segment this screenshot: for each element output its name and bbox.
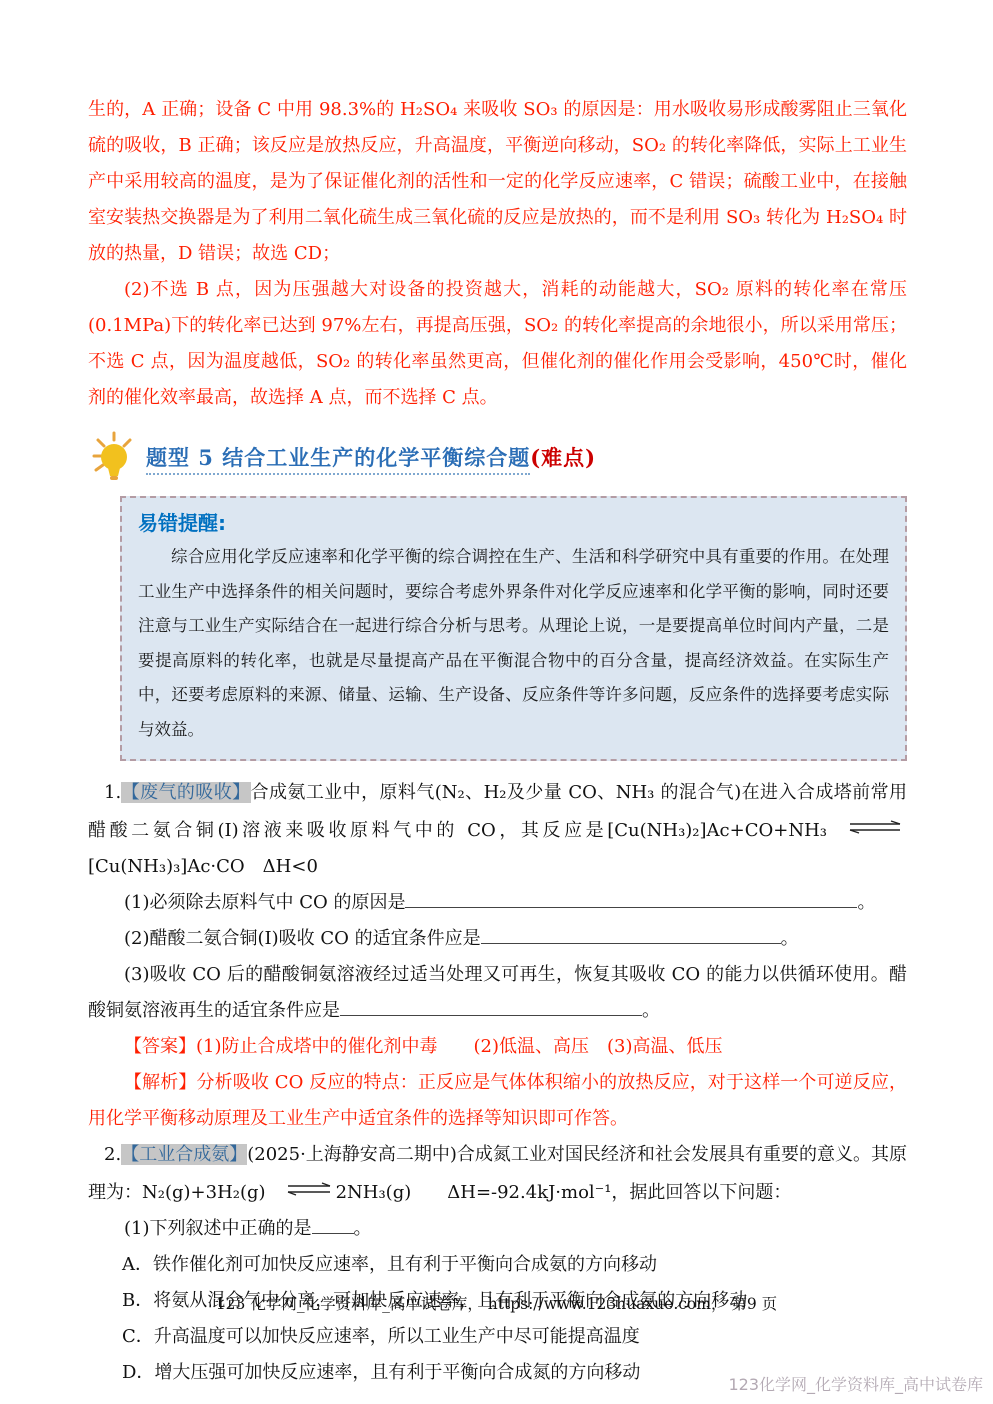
question-1-number: 1. [104,782,121,803]
answer-blank[interactable] [405,891,857,908]
period: 。 [642,1000,660,1021]
tip-box: 易错提醒: 综合应用化学反应速率和化学平衡的综合调控在生产、生活和科学研究中具有… [120,496,907,761]
question-1-after-arrow: [Cu(NH₃)₃]Ac·CO ΔH<0 [88,856,318,877]
lightbulb-icon [88,430,140,484]
tip-box-heading: 易错提醒: [138,506,889,540]
question-2-tag: 【工业合成氨】 [121,1144,247,1165]
analysis-paragraph-1: 生的，A 正确；设备 C 中用 98.3%的 H₂SO₄ 来吸收 SO₃ 的原因… [88,92,907,272]
question-2-number: 2. [104,1144,121,1165]
question-1: 1.【废气的吸收】合成氨工业中，原料气(N₂、H₂及少量 CO、NH₃ 的混合气… [88,775,907,885]
sub-question-text: (1)必须除去原料气中 CO 的原因是 [124,892,405,913]
answer-blank[interactable] [481,927,781,944]
equilibrium-arrow-icon [830,811,904,847]
analysis-text: 分析吸收 CO 反应的特点：正反应是气体体积缩小的放热反应，对于这样一个可逆反应… [88,1072,907,1129]
answer-text: (1)防止合成塔中的催化剂中毒 (2)低温、高压 (3)高温、低压 [196,1036,723,1057]
page-footer: 123 化学网_化学资料库_高中试卷库， https://www.123huax… [0,1292,993,1314]
question-1-sub-2: (2)醋酸二氨合铜(I)吸收 CO 的适宜条件应是。 [88,921,907,957]
analysis-line: 【解析】分析吸收 CO 反应的特点：正反应是气体体积缩小的放热反应，对于这样一个… [88,1065,907,1137]
period: 。 [354,1218,372,1239]
period: 。 [781,928,799,949]
equilibrium-arrow-icon [269,1173,333,1209]
sub-question-text: (2)醋酸二氨合铜(I)吸收 CO 的适宜条件应是 [124,928,481,949]
option-label: C． [122,1326,154,1347]
option-text: 增大压强可加快反应速率，且有利于平衡向合成氮的方向移动 [154,1362,640,1383]
option-text: 铁作催化剂可加快反应速率，且有利于平衡向合成氨的方向移动 [153,1254,657,1275]
option-a: A．铁作催化剂可加快反应速率，且有利于平衡向合成氨的方向移动 [88,1247,907,1283]
question-1-sub-1: (1)必须除去原料气中 CO 的原因是。 [88,885,907,921]
option-label: D． [122,1362,154,1383]
answer-line: 【答案】(1)防止合成塔中的催化剂中毒 (2)低温、高压 (3)高温、低压 [88,1029,907,1065]
section-title: 题型 5 结合工业生产的化学平衡综合题 [146,445,530,475]
analysis-label: 【解析】 [124,1072,196,1093]
option-label: A． [122,1254,153,1275]
difficulty-badge: (难点) [530,445,596,470]
question-2: 2.【工业合成氨】(2025·上海静安高二期中)合成氮工业对国民经济和社会发展具… [88,1137,907,1211]
analysis-paragraph-2: (2)不选 B 点，因为压强越大对设备的投资越大，消耗的动能越大，SO₂ 原料的… [88,272,907,416]
watermark: 123化学网_化学资料库_高中试卷库 [728,1372,983,1395]
answer-blank[interactable] [312,1217,354,1234]
option-c: C．升高温度可以加快反应速率，所以工业生产中尽可能提高温度 [88,1319,907,1355]
question-2-after-arrow: 2NH₃(g) ΔH=-92.4kJ·mol⁻¹，据此回答以下问题： [336,1182,792,1203]
question-1-tag: 【废气的吸收】 [121,782,250,803]
question-2-sub-1: (1)下列叙述中正确的是。 [88,1211,907,1247]
section-title-row: 题型 5 结合工业生产的化学平衡综合题(难点) [88,428,907,486]
option-text: 升高温度可以加快反应速率，所以工业生产中尽可能提高温度 [154,1326,640,1347]
sub-question-text: (1)下列叙述中正确的是 [124,1218,312,1239]
period: 。 [857,892,875,913]
answer-label: 【答案】 [124,1036,196,1057]
tip-box-body: 综合应用化学反应速率和化学平衡的综合调控在生产、生活和科学研究中具有重要的作用。… [138,540,889,747]
answer-blank[interactable] [340,999,642,1016]
document-page: 生的，A 正确；设备 C 中用 98.3%的 H₂SO₄ 来吸收 SO₃ 的原因… [0,0,993,1404]
question-1-sub-3: (3)吸收 CO 后的醋酸铜氨溶液经过适当处理又可再生，恢复其吸收 CO 的能力… [88,957,907,1029]
